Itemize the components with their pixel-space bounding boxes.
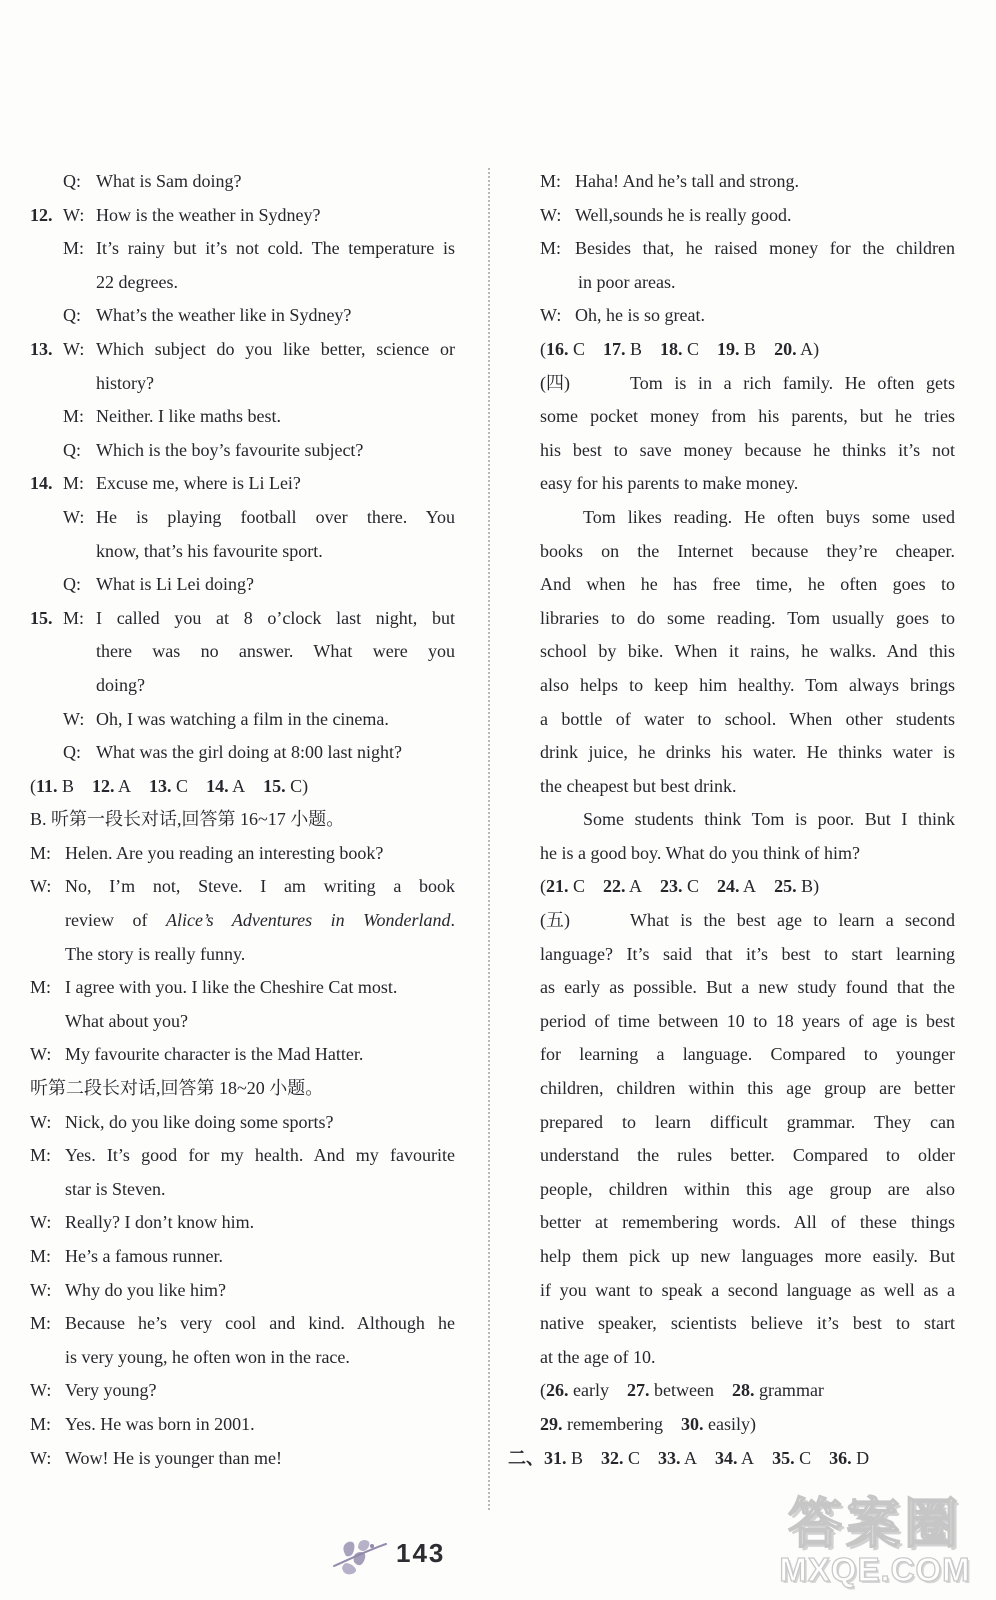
text-line: people, children within this age group a… (540, 1173, 955, 1207)
text-line: W:Really? I don’t know him. (30, 1206, 455, 1240)
speaker-label: M: (30, 1307, 51, 1341)
text-segment: C (172, 776, 207, 796)
text-line: W:Why do you like him? (30, 1274, 455, 1308)
text-segment: Helen. Are you reading an interesting bo… (65, 843, 383, 863)
text-segment: easy for his parents to make money. (540, 473, 798, 493)
text-segment: he is a good boy. What do you think of h… (540, 843, 860, 863)
speaker-label: Q: (63, 434, 81, 468)
text-line: M:He’s a famous runner. (30, 1240, 455, 1274)
watermark-brand-text: 答案圈 (760, 1496, 990, 1552)
text-segment: 29. (540, 1414, 563, 1434)
text-line: for learning a language. Compared to you… (540, 1038, 955, 1072)
speaker-label: M: (63, 232, 84, 266)
text-segment: What is Li Lei doing? (96, 574, 254, 594)
text-line: a bottle of water to school. When other … (540, 703, 955, 737)
text-segment: 36. (829, 1448, 852, 1468)
text-line: understand the rules better. Compared to… (540, 1139, 955, 1173)
speaker-label: M: (63, 400, 84, 434)
text-line: review of Alice’s Adventures in Wonderla… (30, 904, 455, 938)
speaker-label: W: (63, 703, 84, 737)
text-segment: if you want to speak a second language a… (540, 1280, 955, 1300)
speaker-label: Q: (63, 736, 81, 770)
text-segment: 26. (546, 1380, 569, 1400)
text-segment: 31. (544, 1448, 567, 1468)
text-segment: It’s rainy but it’s not cold. The temper… (96, 238, 455, 258)
text-segment: 27. (627, 1380, 650, 1400)
text-segment: better at remembering words. All of thes… (540, 1212, 955, 1232)
text-line: also helps to keep him healthy. Tom alwa… (540, 669, 955, 703)
text-segment: I agree with you. I like the Cheshire Ca… (65, 977, 397, 997)
text-line: drink juice, he drinks his water. He thi… (540, 736, 955, 770)
speaker-label: M: (30, 1139, 51, 1173)
text-segment: C (683, 876, 718, 896)
text-segment: Alice’s Adventures in Wonderland (166, 910, 451, 930)
text-segment: C) (286, 776, 309, 796)
text-segment: What was the girl doing at 8:00 last nig… (96, 742, 402, 762)
text-segment: A (115, 776, 150, 796)
text-segment: Very young? (65, 1380, 156, 1400)
text-segment: also helps to keep him healthy. Tom alwa… (540, 675, 955, 695)
text-segment: doing? (96, 675, 145, 695)
text-segment: history? (96, 373, 154, 393)
text-segment: What about you? (65, 1011, 188, 1031)
text-segment: 15. (263, 776, 286, 796)
speaker-label: Q: (63, 568, 81, 602)
text-segment: know, that’s his favourite sport. (96, 541, 323, 561)
text-segment: What is Sam doing? (96, 171, 241, 191)
text-segment: 23. (660, 876, 683, 896)
speaker-label: W: (30, 1106, 51, 1140)
text-line: if you want to speak a second language a… (540, 1274, 955, 1308)
text-segment: libraries to do some reading. Tom usuall… (540, 608, 955, 628)
text-segment: understand the rules better. Compared to… (540, 1145, 955, 1165)
text-segment: 33. (658, 1448, 681, 1468)
text-segment: C (569, 339, 604, 359)
text-line: (四)Tom is in a rich family. He often get… (540, 367, 955, 401)
speaker-label: W: (30, 1038, 51, 1072)
text-line: And when he has free time, he often goes… (540, 568, 955, 602)
text-line: M:Neither. I like maths best. (30, 400, 455, 434)
text-line: M:Helen. Are you reading an interesting … (30, 837, 455, 871)
text-line: W:He is playing football over there. You (30, 501, 455, 535)
text-segment: Well,sounds he is really good. (575, 205, 792, 225)
text-line: 二、31. B 32. C 33. A 34. A 35. C 36. D (540, 1442, 955, 1476)
text-segment: between (649, 1380, 731, 1400)
text-line: as early as possible. But a new study fo… (540, 971, 955, 1005)
text-segment: 20. (774, 339, 797, 359)
text-segment: D (852, 1448, 870, 1468)
speaker-label: W: (63, 501, 84, 535)
speaker-label: Q: (63, 165, 81, 199)
text-segment: C (795, 1448, 830, 1468)
text-line: is very young, he often won in the race. (30, 1341, 455, 1375)
text-segment: books on the Internet because they’re ch… (540, 541, 955, 561)
text-segment: Oh, I was watching a film in the cinema. (96, 709, 389, 729)
text-segment: 35. (772, 1448, 795, 1468)
text-segment: Tom likes reading. He often buys some us… (583, 507, 955, 527)
text-line: W:Very young? (30, 1374, 455, 1408)
text-line: school by bike. When it rains, he walks.… (540, 635, 955, 669)
text-line: The story is really funny. (30, 938, 455, 972)
text-segment: 22. (603, 876, 626, 896)
watermark-site-text: MXQE.COM (760, 1552, 990, 1588)
text-line: W:Oh, I was watching a film in the cinem… (30, 703, 455, 737)
text-segment: B (626, 339, 661, 359)
text-segment: 30. (681, 1414, 704, 1434)
speaker-label: Q: (63, 299, 81, 333)
text-segment: Yes. It’s good for my health. And my fav… (65, 1145, 455, 1165)
text-segment: 二、 (508, 1448, 544, 1468)
text-segment: the cheapest but best drink. (540, 776, 736, 796)
text-segment: his best to save money because he thinks… (540, 440, 955, 460)
text-segment: Which is the boy’s favourite subject? (96, 440, 363, 460)
column-divider-line (488, 168, 490, 1510)
text-segment: 14. (206, 776, 229, 796)
page-number: 143 (396, 1538, 445, 1569)
text-segment: 22 degrees. (96, 272, 178, 292)
text-segment: A (740, 876, 775, 896)
text-line: know, that’s his favourite sport. (30, 535, 455, 569)
text-line: language? It’s said that it’s best to st… (540, 938, 955, 972)
text-segment: children, children within this age group… (540, 1078, 955, 1098)
item-number: 15. (30, 602, 53, 636)
text-line: W:Wow! He is younger than me! (30, 1442, 455, 1476)
text-segment: Really? I don’t know him. (65, 1212, 254, 1232)
text-line: M:Because he’s very cool and kind. Altho… (30, 1307, 455, 1341)
text-line: some pocket money from his parents, but … (540, 400, 955, 434)
text-segment: Haha! And he’s tall and strong. (575, 171, 799, 191)
text-line: there was no answer. What were you (30, 635, 455, 669)
text-segment: A (229, 776, 264, 796)
text-line: W:No, I’m not, Steve. I am writing a boo… (30, 870, 455, 904)
text-segment: star is Steven. (65, 1179, 166, 1199)
speaker-label: W: (30, 1374, 51, 1408)
item-number: 12. (30, 199, 53, 233)
text-segment: early (569, 1380, 627, 1400)
text-segment: A (626, 876, 661, 896)
transcript-column-left: Q:What is Sam doing?12.W:How is the weat… (30, 165, 455, 1475)
text-line: (11. B 12. A 13. C 14. A 15. C) (30, 770, 455, 804)
item-number: 13. (30, 333, 53, 367)
text-segment: 32. (601, 1448, 624, 1468)
speaker-label: (五) (540, 904, 570, 938)
text-segment: Tom is in a rich family. He often gets (630, 373, 955, 393)
text-segment: Wow! He is younger than me! (65, 1448, 282, 1468)
text-segment: The story is really funny. (65, 944, 245, 964)
speaker-label: W: (63, 333, 84, 367)
text-segment: I called you at 8 o’clock last night, bu… (96, 608, 455, 628)
text-segment: 17. (603, 339, 626, 359)
text-line: star is Steven. (30, 1173, 455, 1207)
text-line: doing? (30, 669, 455, 703)
text-line: 听第二段长对话,回答第 18~20 小题。 (30, 1072, 455, 1106)
text-segment: for learning a language. Compared to you… (540, 1044, 955, 1064)
speaker-label: W: (540, 299, 561, 333)
speaker-label: M: (63, 602, 84, 636)
text-line: W:Oh, he is so great. (540, 299, 955, 333)
text-segment: 13. (149, 776, 172, 796)
text-line: 15.M:I called you at 8 o’clock last nigh… (30, 602, 455, 636)
speaker-label: (四) (540, 367, 570, 401)
speaker-label: W: (540, 199, 561, 233)
text-segment: 19. (717, 339, 740, 359)
text-line: the cheapest but best drink. (540, 770, 955, 804)
text-line: 22 degrees. (30, 266, 455, 300)
speaker-label: W: (30, 870, 51, 904)
text-segment: 34. (715, 1448, 738, 1468)
text-segment: . (451, 910, 456, 930)
text-segment: people, children within this age group a… (540, 1179, 955, 1199)
text-line: 14.M:Excuse me, where is Li Lei? (30, 467, 455, 501)
text-line: Q:What’s the weather like in Sydney? (30, 299, 455, 333)
speaker-label: M: (540, 165, 561, 199)
text-segment: 24. (717, 876, 740, 896)
speaker-label: W: (30, 1442, 51, 1476)
text-line: Q:What is Sam doing? (30, 165, 455, 199)
text-segment: Why do you like him? (65, 1280, 226, 1300)
text-segment: period of time between 10 to 18 years of… (540, 1011, 955, 1031)
text-segment: drink juice, he drinks his water. He thi… (540, 742, 955, 762)
speaker-label: M: (30, 1408, 51, 1442)
text-line: 29. remembering 30. easily) (540, 1408, 955, 1442)
text-segment: He’s a famous runner. (65, 1246, 223, 1266)
text-segment: Neither. I like maths best. (96, 406, 281, 426)
text-line: children, children within this age group… (540, 1072, 955, 1106)
text-segment: help them pick up new languages more eas… (540, 1246, 955, 1266)
text-line: Q:What is Li Lei doing? (30, 568, 455, 602)
text-segment: B (58, 776, 93, 796)
text-line: his best to save money because he thinks… (540, 434, 955, 468)
text-segment: Besides that, he raised money for the ch… (575, 238, 955, 258)
text-segment: A) (797, 339, 820, 359)
text-line: M:Yes. He was born in 2001. (30, 1408, 455, 1442)
speaker-label: M: (30, 1240, 51, 1274)
text-segment: 听第二段长对话,回答第 18~20 小题。 (30, 1078, 323, 1098)
text-segment: remembering (563, 1414, 681, 1434)
text-segment: What is the best age to learn a second (630, 910, 955, 930)
text-line: Q:Which is the boy’s favourite subject? (30, 434, 455, 468)
text-line: at the age of 10. (540, 1341, 955, 1375)
text-line: W:My favourite character is the Mad Hatt… (30, 1038, 455, 1072)
text-line: (21. C 22. A 23. C 24. A 25. B) (540, 870, 955, 904)
text-segment: easily) (703, 1414, 755, 1434)
text-line: B. 听第一段长对话,回答第 16~17 小题。 (30, 803, 455, 837)
text-line: Q:What was the girl doing at 8:00 last n… (30, 736, 455, 770)
text-segment: And when he has free time, he often goes… (540, 574, 955, 594)
text-line: period of time between 10 to 18 years of… (540, 1005, 955, 1039)
text-segment: 21. (546, 876, 569, 896)
text-segment: native speaker, scientists believe it’s … (540, 1313, 955, 1333)
text-line: (16. C 17. B 18. C 19. B 20. A) (540, 333, 955, 367)
speaker-label: M: (30, 837, 51, 871)
text-segment: 28. (732, 1380, 755, 1400)
text-segment: 25. (774, 876, 797, 896)
text-line: M:It’s rainy but it’s not cold. The temp… (30, 232, 455, 266)
text-segment: 11. (36, 776, 58, 796)
text-line: W:Nick, do you like doing some sports? (30, 1106, 455, 1140)
text-line: history? (30, 367, 455, 401)
text-segment: He is playing football over there. You (96, 507, 455, 527)
text-segment: How is the weather in Sydney? (96, 205, 320, 225)
text-segment: there was no answer. What were you (96, 641, 455, 661)
text-line: What about you? (30, 1005, 455, 1039)
text-segment: B (567, 1448, 602, 1468)
text-segment: B. 听第一段长对话,回答第 16~17 小题。 (30, 809, 344, 829)
speaker-label: M: (63, 467, 84, 501)
transcript-column-right: M:Haha! And he’s tall and strong.W:Well,… (540, 165, 955, 1475)
text-line: M:Yes. It’s good for my health. And my f… (30, 1139, 455, 1173)
text-segment: at the age of 10. (540, 1347, 655, 1367)
text-segment: as early as possible. But a new study fo… (540, 977, 955, 997)
flower-ornament-icon (328, 1522, 390, 1578)
text-segment: 12. (92, 776, 115, 796)
text-line: M:I agree with you. I like the Cheshire … (30, 971, 455, 1005)
text-segment: prepared to learn difficult grammar. The… (540, 1112, 955, 1132)
text-line: better at remembering words. All of thes… (540, 1206, 955, 1240)
text-line: in poor areas. (540, 266, 955, 300)
text-segment: Yes. He was born in 2001. (65, 1414, 255, 1434)
text-segment: 16. (546, 339, 569, 359)
text-segment: some pocket money from his parents, but … (540, 406, 955, 426)
text-segment: language? It’s said that it’s best to st… (540, 944, 955, 964)
text-line: Tom likes reading. He often buys some us… (540, 501, 955, 535)
text-line: M:Haha! And he’s tall and strong. (540, 165, 955, 199)
text-segment: B) (797, 876, 820, 896)
text-segment: Which subject do you like better, scienc… (96, 339, 455, 359)
text-segment: Nick, do you like doing some sports? (65, 1112, 333, 1132)
text-segment: review of (65, 910, 166, 930)
text-segment: A (681, 1448, 716, 1468)
text-segment: C (683, 339, 718, 359)
text-segment: What’s the weather like in Sydney? (96, 305, 351, 325)
text-segment: A (738, 1448, 773, 1468)
scanned-answer-page: Q:What is Sam doing?12.W:How is the weat… (0, 0, 996, 1600)
text-segment: 18. (660, 339, 683, 359)
speaker-label: M: (30, 971, 51, 1005)
text-segment: B (740, 339, 775, 359)
text-line: native speaker, scientists believe it’s … (540, 1307, 955, 1341)
text-line: libraries to do some reading. Tom usuall… (540, 602, 955, 636)
text-segment: C (569, 876, 604, 896)
text-line: help them pick up new languages more eas… (540, 1240, 955, 1274)
speaker-label: W: (30, 1274, 51, 1308)
watermark: 答案圈 MXQE.COM (760, 1496, 990, 1588)
text-segment: C (624, 1448, 659, 1468)
text-segment: No, I’m not, Steve. I am writing a book (65, 876, 455, 896)
text-line: books on the Internet because they’re ch… (540, 535, 955, 569)
text-segment: Some students think Tom is poor. But I t… (583, 809, 955, 829)
text-segment: school by bike. When it rains, he walks.… (540, 641, 955, 661)
text-segment: is very young, he often won in the race. (65, 1347, 350, 1367)
text-line: (五)What is the best age to learn a secon… (540, 904, 955, 938)
text-segment: in poor areas. (578, 272, 675, 292)
text-segment: grammar (754, 1380, 823, 1400)
text-line: prepared to learn difficult grammar. The… (540, 1106, 955, 1140)
text-segment: My favourite character is the Mad Hatter… (65, 1044, 363, 1064)
text-line: M:Besides that, he raised money for the … (540, 232, 955, 266)
text-segment: Excuse me, where is Li Lei? (96, 473, 301, 493)
text-line: Some students think Tom is poor. But I t… (540, 803, 955, 837)
item-number: 14. (30, 467, 53, 501)
text-segment: Because he’s very cool and kind. Althoug… (65, 1313, 455, 1333)
speaker-label: M: (540, 232, 561, 266)
text-segment: a bottle of water to school. When other … (540, 709, 955, 729)
speaker-label: W: (63, 199, 84, 233)
speaker-label: W: (30, 1206, 51, 1240)
text-line: (26. early 27. between 28. grammar (540, 1374, 955, 1408)
text-line: he is a good boy. What do you think of h… (540, 837, 955, 871)
text-segment: Oh, he is so great. (575, 305, 705, 325)
text-line: 12.W:How is the weather in Sydney? (30, 199, 455, 233)
text-line: W:Well,sounds he is really good. (540, 199, 955, 233)
text-line: easy for his parents to make money. (540, 467, 955, 501)
text-line: 13.W:Which subject do you like better, s… (30, 333, 455, 367)
